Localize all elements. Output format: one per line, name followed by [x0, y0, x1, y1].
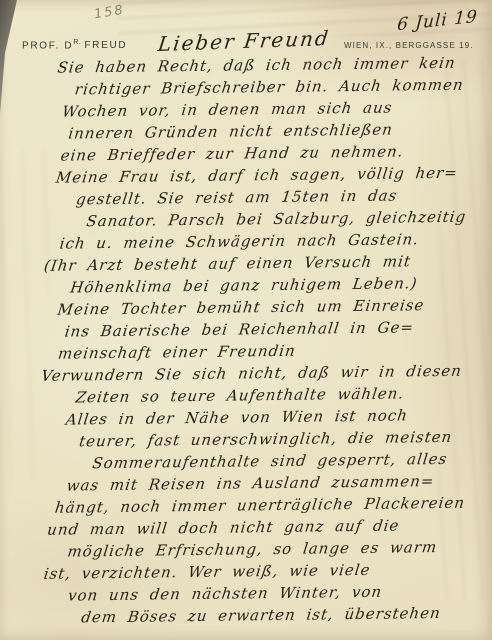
scan-background-edge — [0, 0, 17, 114]
letter-date: 6 Juli 19 — [397, 7, 479, 36]
letterhead-name-superscript: R. — [73, 39, 81, 46]
handwritten-body: Sie haben Recht, daß ich noch immer kein… — [28, 51, 492, 629]
letter-scan-page: 158 PROF. DR.FREUD WIEN, IX., BERGGASSE … — [0, 0, 492, 640]
letterhead-name-suffix: FREUD — [84, 40, 127, 51]
letterhead-name: PROF. DR.FREUD — [22, 39, 127, 51]
archive-number: 158 — [93, 3, 126, 23]
handwritten-line: dem Böses zu erwarten ist, überstehen — [35, 601, 492, 629]
salutation: Lieber Freund — [157, 26, 332, 56]
letterhead-address: WIEN, IX., BERGGASSE 19. — [344, 41, 474, 50]
letterhead-name-prefix: PROF. D — [22, 40, 73, 51]
